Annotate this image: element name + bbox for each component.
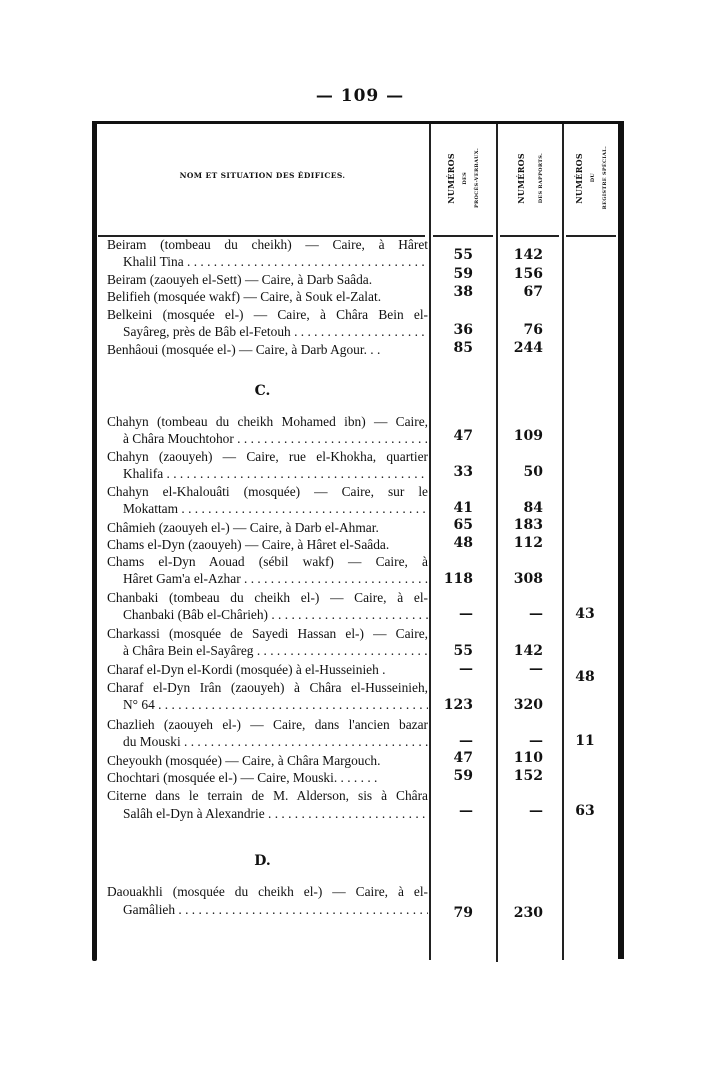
rapports-number: 230	[503, 905, 543, 921]
proces-verbaux-number: 33	[437, 464, 473, 480]
entry-line: Belifieh (mosquée wakf) — Caire, à Souk …	[107, 288, 428, 305]
proces-verbaux-number: 38	[437, 284, 473, 300]
entry-line: Hâret Gam'a el-Azhar	[123, 570, 428, 587]
entry-line: Cheyoukh (mosquée) — Caire, à Châra Marg…	[107, 752, 428, 769]
entry-line: Charaf el-Dyn el-Kordi (mosquée) à el-Hu…	[107, 661, 428, 678]
proces-verbaux-number: 41	[437, 500, 473, 516]
rapports-number: 110	[503, 750, 543, 766]
proces-verbaux-number: 55	[437, 643, 473, 659]
proces-verbaux-number: 36	[437, 322, 473, 338]
rapports-number: 142	[503, 643, 543, 659]
rapports-number: 84	[503, 500, 543, 516]
proces-verbaux-number: 79	[437, 905, 473, 921]
header-rule-col1	[433, 235, 493, 237]
proces-verbaux-number: 47	[437, 750, 473, 766]
rapports-number: 320	[503, 697, 543, 713]
entry-line: Chams el-Dyn Aouad (sébil wakf) — Caire,…	[107, 553, 428, 570]
header-name-column: NOM ET SITUATION DES ÉDIFICES.	[100, 171, 425, 180]
section-heading-c: C.	[100, 383, 425, 399]
proces-verbaux-number: —	[437, 661, 473, 677]
proces-verbaux-number: —	[437, 733, 473, 749]
entry-line: à Châra Mouchtohor	[123, 430, 428, 447]
entry-line: Mokattam	[123, 500, 428, 517]
entry-line: Chahyn (tombeau du cheikh Mohamed ibn) —…	[107, 413, 428, 430]
rapports-number: —	[503, 803, 543, 819]
registre-special-number: 11	[570, 733, 600, 749]
proces-verbaux-number: 65	[437, 517, 473, 533]
column-divider-1	[429, 124, 431, 960]
header-col2-bottom: DES RAPPORTS.	[538, 153, 544, 203]
header-rule-col2	[500, 235, 559, 237]
entry-line: Belkeini (mosquée el-) — Caire, à Châra …	[107, 306, 428, 323]
rapports-number: —	[503, 661, 543, 677]
header-col3-mid: DU	[590, 173, 596, 182]
entry-line: Sayâreg, près de Bâb el-Fetouh	[123, 323, 428, 340]
entry-line: à Châra Bein el-Sayâreg	[123, 642, 428, 659]
header-registre-special: NUMÉROS DU REGISTRE SPÉCIAL.	[564, 128, 618, 228]
proces-verbaux-number: 59	[437, 266, 473, 282]
rapports-number: 76	[503, 322, 543, 338]
rapports-number: 156	[503, 266, 543, 282]
proces-verbaux-number: 85	[437, 340, 473, 356]
entry-line: Chazlieh (zaouyeh el-) — Caire, dans l'a…	[107, 716, 428, 733]
entry-line: Chanbaki (Bâb el-Chârieh)	[123, 606, 428, 623]
proces-verbaux-number: 48	[437, 535, 473, 551]
registre-special-number: 63	[570, 803, 600, 819]
header-col1-top: NUMÉROS	[446, 153, 456, 204]
rapports-number: 183	[503, 517, 543, 533]
entry-line: Beiram (tombeau du cheikh) — Caire, à Hâ…	[107, 236, 428, 253]
proces-verbaux-number: 123	[437, 697, 473, 713]
entry-line: Chams el-Dyn (zaouyeh) — Caire, à Hâret …	[107, 536, 428, 553]
proces-verbaux-number: 55	[437, 247, 473, 263]
entry-line: Citerne dans le terrain de M. Alderson, …	[107, 787, 428, 804]
entry-line: Khalifa	[123, 465, 428, 482]
entry-line: Khalil Tina	[123, 253, 428, 270]
rapports-number: 308	[503, 571, 543, 587]
header-col3-bottom: REGISTRE SPÉCIAL.	[602, 146, 608, 209]
header-col2-top: NUMÉROS	[516, 153, 526, 204]
entry-line: Châmieh (zaouyeh el-) — Caire, à Darb el…	[107, 519, 428, 536]
rapports-number: 50	[503, 464, 543, 480]
rapports-number: 109	[503, 428, 543, 444]
entry-line: Beiram (zaouyeh el-Sett) — Caire, à Darb…	[107, 271, 428, 288]
registre-special-number: 48	[570, 669, 600, 685]
entry-line: Charkassi (mosquée de Sayedi Hassan el-)…	[107, 625, 428, 642]
entry-line: Benhâoui (mosquée el-) — Caire, à Darb A…	[107, 341, 428, 358]
proces-verbaux-number: —	[437, 803, 473, 819]
entry-line: Charaf el-Dyn Irân (zaouyeh) à Châra el-…	[107, 679, 428, 696]
column-divider-3	[562, 124, 564, 960]
registre-special-number: 43	[570, 606, 600, 622]
entry-line: Chahyn (zaouyeh) — Caire, rue el-Khokha,…	[107, 448, 428, 465]
table-border-right	[618, 121, 624, 959]
entry-line: du Mouski	[123, 733, 428, 750]
entry-line: Daouakhli (mosquée du cheikh el-) — Cair…	[107, 883, 428, 900]
header-col1-mid: DES	[462, 172, 468, 185]
table-border-top	[93, 121, 624, 124]
proces-verbaux-number: —	[437, 606, 473, 622]
header-rule-col3	[566, 235, 616, 237]
header-col1-bottom: PROCÈS-VERBAUX.	[474, 148, 480, 208]
entry-line: Chochtari (mosquée el-) — Caire, Mouski.…	[107, 769, 428, 786]
rapports-number: 112	[503, 535, 543, 551]
rapports-number: 152	[503, 768, 543, 784]
entry-line: Chahyn el-Khalouâti (mosquée) — Caire, s…	[107, 483, 428, 500]
proces-verbaux-number: 47	[437, 428, 473, 444]
rapports-number: 67	[503, 284, 543, 300]
header-rapports: NUMÉROS DES RAPPORTS.	[498, 128, 561, 228]
rapports-number: —	[503, 733, 543, 749]
entry-line: Salâh el-Dyn à Alexandrie	[123, 805, 428, 822]
rapports-number: 244	[503, 340, 543, 356]
entry-line: Chanbaki (tombeau du cheikh el-) — Caire…	[107, 589, 428, 606]
rapports-number: 142	[503, 247, 543, 263]
table-border-left	[92, 121, 97, 961]
header-proces-verbaux: NUMÉROS DES PROCÈS-VERBAUX.	[431, 128, 495, 228]
header-col3-top: NUMÉROS	[574, 153, 584, 204]
proces-verbaux-number: 118	[437, 571, 473, 587]
section-heading-d: D.	[100, 853, 425, 869]
page-number: — 109 —	[0, 86, 720, 106]
rapports-number: —	[503, 606, 543, 622]
proces-verbaux-number: 59	[437, 768, 473, 784]
entry-line: N° 64	[123, 696, 428, 713]
entry-line: Gamâlieh	[123, 901, 428, 918]
column-divider-2	[496, 124, 498, 962]
